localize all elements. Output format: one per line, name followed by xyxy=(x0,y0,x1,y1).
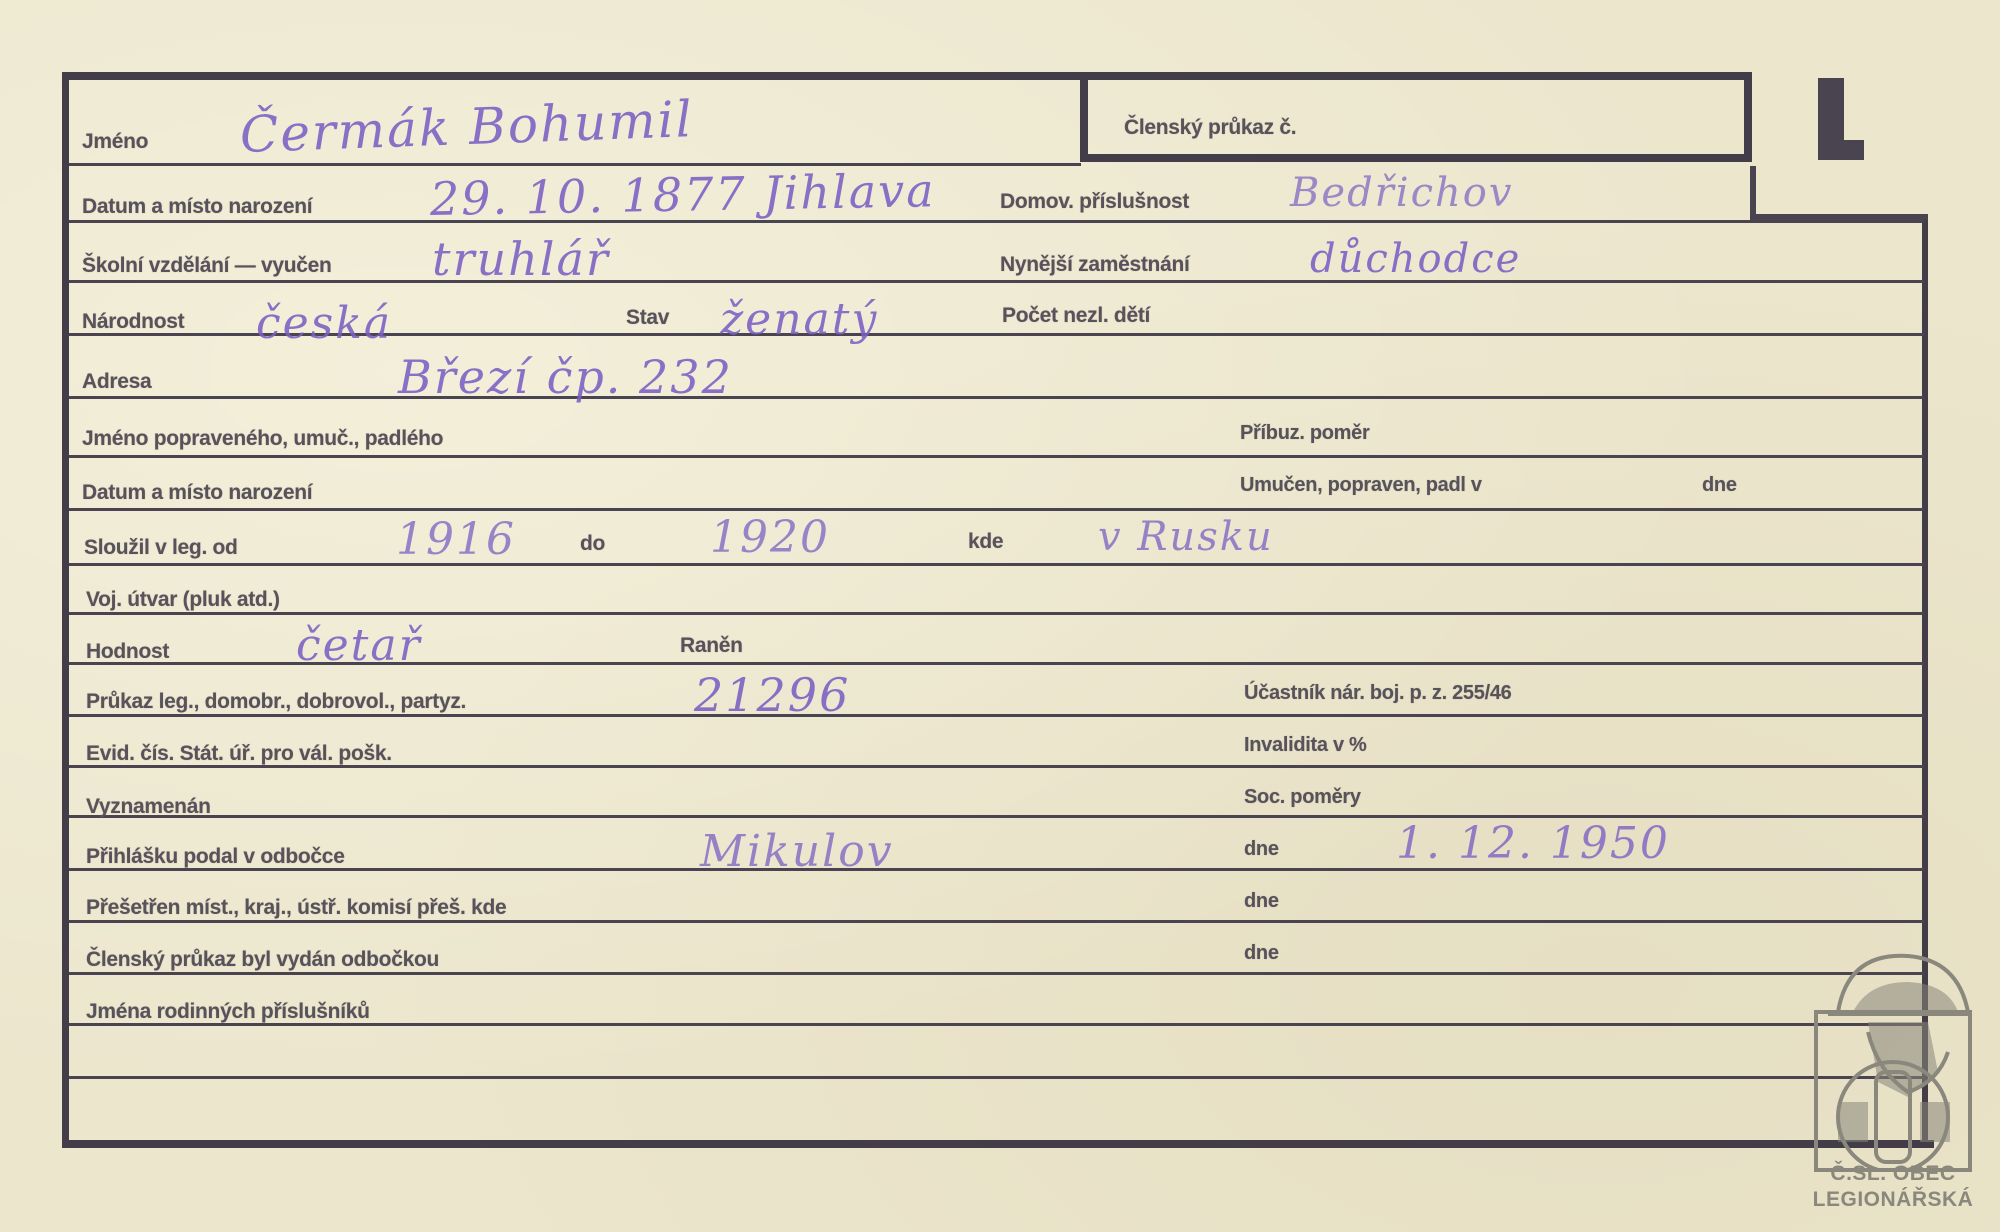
value-nationality: česká xyxy=(256,298,392,349)
label-rank: Hodnost xyxy=(86,640,169,664)
label-national-fighter: Účastník nár. boj. p. z. 255/46 xyxy=(1244,682,1511,705)
label-executed-name: Jméno popraveného, umuč., padlého xyxy=(82,427,443,451)
value-served-where: v Rusku xyxy=(1098,514,1274,560)
header-step-v xyxy=(1750,166,1756,220)
value-birth-date-place: 29. 10. 1877 Jihlava xyxy=(430,163,936,226)
label-served-to: do xyxy=(580,532,605,556)
label-education: Školní vzdělání — vyučen xyxy=(82,254,332,278)
label-marital-status: Stav xyxy=(626,306,669,330)
value-served-to: 1920 xyxy=(710,512,830,563)
member-box-right xyxy=(1744,72,1752,162)
label-died-date: dne xyxy=(1702,474,1737,497)
row-rule-5 xyxy=(69,396,1924,399)
label-wounded: Raněn xyxy=(680,634,743,658)
label-registry-number: Evid. čís. Stát. úř. pro vál. pošk. xyxy=(86,742,392,766)
label-legion-card: Průkaz leg., domobr., dobrovol., partyz. xyxy=(86,690,466,714)
label-decorated: Vyznamenán xyxy=(86,795,211,819)
label-membership-card-no: Členský průkaz č. xyxy=(1124,116,1296,140)
row-rule-16 xyxy=(69,972,1924,975)
legion-membership-card: Jméno Členský průkaz č. Datum a místo na… xyxy=(0,0,2000,1232)
label-application-branch: Přihlášku podal v odbočce xyxy=(86,845,345,869)
frame-bottom xyxy=(62,1140,1934,1148)
member-box-left xyxy=(1080,76,1088,162)
label-reviewed-date: dne xyxy=(1244,890,1279,913)
row-rule-6 xyxy=(69,455,1924,458)
value-address: Březí čp. 232 xyxy=(398,350,733,404)
frame-left xyxy=(62,72,69,1148)
row-rule-9 xyxy=(69,612,1924,615)
label-family-names: Jména rodinných příslušníků xyxy=(86,1000,370,1024)
row-rule-2 xyxy=(69,220,1924,223)
emblem-text-line1: Č.SL. OBEC xyxy=(1808,1162,1978,1186)
value-rank: četař xyxy=(296,620,422,671)
label-address: Adresa xyxy=(82,370,151,394)
label-application-date: dne xyxy=(1244,838,1279,861)
value-trade: truhlář xyxy=(432,232,610,286)
label-name: Jméno xyxy=(82,130,148,154)
label-card-issued-date: dne xyxy=(1244,942,1279,965)
value-domicile: Bedřichov xyxy=(1290,170,1513,216)
emblem-text-line2: LEGIONÁŘSKÁ xyxy=(1808,1188,1978,1212)
value-application-branch: Mikulov xyxy=(700,826,894,877)
row-rule-7 xyxy=(69,508,1924,511)
member-box-bottom xyxy=(1080,154,1752,162)
row-rule-18 xyxy=(69,1076,1924,1079)
frame-top xyxy=(62,72,1752,80)
label-reviewed: Přešetřen míst., kraj., ústř. komisí pře… xyxy=(86,896,506,920)
label-nationality: Národnost xyxy=(82,310,184,334)
label-domicile: Domov. příslušnost xyxy=(1000,190,1189,214)
row-rule-15 xyxy=(69,920,1924,923)
row-rule-3 xyxy=(69,280,1924,283)
label-died-in: Umučen, popraven, padl v xyxy=(1240,474,1482,497)
label-children-count: Počet nezl. dětí xyxy=(1002,304,1150,328)
value-occupation: důchodce xyxy=(1310,236,1521,282)
label-relationship: Příbuz. poměr xyxy=(1240,422,1369,445)
label-military-unit: Voj. útvar (pluk atd.) xyxy=(86,588,280,612)
label-birth-date-place: Datum a místo narození xyxy=(82,195,312,219)
label-social-conditions: Soc. poměry xyxy=(1244,786,1361,809)
label-occupation: Nynější zaměstnání xyxy=(1000,253,1190,277)
corner-letter-mark xyxy=(1818,78,1864,160)
label-served-where: kde xyxy=(968,530,1003,554)
label-disability: Invalidita v % xyxy=(1244,734,1367,757)
value-served-from: 1916 xyxy=(396,514,516,565)
label-birth-date-place-2: Datum a místo narození xyxy=(82,481,312,505)
legion-emblem-logo: Č.SL. OBEC LEGIONÁŘSKÁ xyxy=(1808,942,1978,1222)
row-rule-11 xyxy=(69,714,1924,717)
value-marital-status: ženatý xyxy=(720,294,878,345)
soldier-helmet-icon xyxy=(1808,942,1978,1172)
label-served-from: Sloužil v leg. od xyxy=(84,536,238,560)
value-name: Čermák Bohumil xyxy=(239,90,695,164)
value-legion-card-number: 21296 xyxy=(694,668,850,722)
value-application-date: 1. 12. 1950 xyxy=(1396,818,1670,869)
row-rule-8 xyxy=(69,563,1924,566)
label-card-issued: Členský průkaz byl vydán odbočkou xyxy=(86,948,439,972)
